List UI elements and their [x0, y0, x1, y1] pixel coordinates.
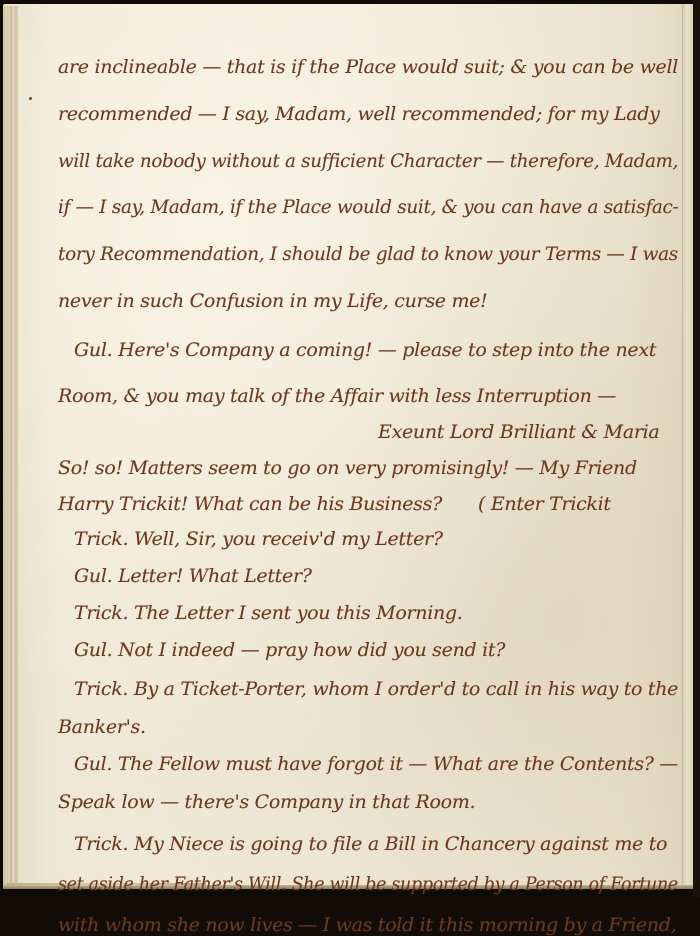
- binding-shadow: [693, 0, 700, 897]
- text-line: set aside her Father's Will. She will be…: [58, 875, 678, 894]
- text-line: Room, & you may talk of the Affair with …: [58, 387, 616, 406]
- dialogue-line: Gul. Not I indeed — pray how did you sen…: [74, 641, 505, 660]
- dialogue-line: Gul. The Fellow must have forgot it — Wh…: [74, 755, 678, 774]
- stage-direction: Exeunt Lord Brilliant & Maria: [378, 423, 659, 442]
- dialogue-line: Trick. My Niece is going to file a Bill …: [74, 835, 667, 854]
- dialogue-line: Trick. By a Ticket-Porter, whom I order'…: [74, 680, 678, 699]
- manuscript-frame: are incline­able — that is if the Place …: [0, 0, 700, 897]
- text-line: recommended — I say, Madam, well recomme…: [58, 105, 660, 124]
- dialogue-line: Gul. Here's Company a coming! — please t…: [74, 341, 656, 360]
- text-line: will take nobody without a sufficient Ch…: [58, 152, 678, 171]
- text-line: Banker's.: [58, 718, 146, 737]
- text-line: So! so! Matters seem to go on very promi…: [58, 459, 637, 478]
- dialogue-line: Gul. Letter! What Letter?: [74, 567, 312, 586]
- text-line: tory Recommendation, I should be glad to…: [58, 245, 678, 264]
- text-line: never in such Confusion in my Life, curs…: [58, 292, 487, 311]
- text-line: Speak low — there's Company in that Room…: [58, 793, 475, 812]
- dialogue-line: Trick. The Letter I sent you this Mornin…: [74, 604, 463, 623]
- page-edges-left: [3, 6, 19, 886]
- ink-speck: [29, 97, 32, 100]
- text-line: if — I say, Madam, if the Place would su…: [58, 198, 678, 217]
- next-leaf-edge: [682, 4, 693, 887]
- text-line: Harry Trickit! What can be his Business?: [58, 495, 442, 514]
- text-line: are incline­able — that is if the Place …: [58, 58, 678, 77]
- dialogue-line: Trick. Well, Sir, you receiv'd my Letter…: [74, 530, 443, 549]
- stage-direction: ( Enter Trickit: [478, 495, 611, 514]
